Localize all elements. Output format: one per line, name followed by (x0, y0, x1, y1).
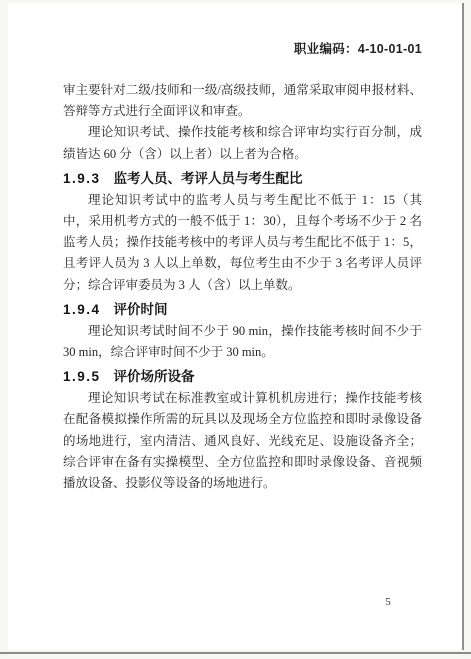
section-heading-1-9-4: 1.9.4评价时间 (63, 302, 422, 318)
section-number: 1.9.4 (63, 302, 101, 317)
paragraph-evaluation-time: 理论知识考试时间不少于 90 min，操作技能考核时间不少于 30 min，综合… (63, 321, 422, 363)
paragraph-ratio: 理论知识考试中的监考人员与考生配比不低于 1：15（其中，采用机考方式的一般不低… (63, 190, 422, 296)
viewer-bottom-rule (0, 652, 471, 654)
paragraph-venue-equipment: 理论知识考试在标准教室或计算机机房进行；操作技能考核在配备模拟操作所需的玩具以及… (63, 388, 422, 494)
paragraph-scoring: 理论知识考试、操作技能考核和综合评审均实行百分制，成绩皆达 60 分（含）以上者… (63, 122, 422, 164)
occupation-code: 职业编码：4-10-01-01 (294, 42, 422, 56)
page-header: 职业编码：4-10-01-01 (63, 41, 422, 57)
section-title: 监考人员、考评人员与考生配比 (114, 171, 303, 186)
section-title: 评价场所设备 (114, 369, 195, 384)
section-heading-1-9-5: 1.9.5评价场所设备 (63, 369, 422, 385)
section-title: 评价时间 (114, 302, 168, 317)
page-number: 5 (378, 594, 398, 610)
document-body: 审主要针对二级/技师和一级/高级技师，通常采取审阅申报材料、答辩等方式进行全面评… (63, 80, 422, 494)
section-number: 1.9.3 (63, 171, 101, 186)
paragraph-continuation: 审主要针对二级/技师和一级/高级技师，通常采取审阅申报材料、答辩等方式进行全面评… (63, 80, 422, 122)
section-number: 1.9.5 (63, 369, 101, 384)
section-heading-1-9-3: 1.9.3监考人员、考评人员与考生配比 (63, 171, 422, 187)
document-page: 职业编码：4-10-01-01 审主要针对二级/技师和一级/高级技师，通常采取审… (8, 3, 464, 650)
